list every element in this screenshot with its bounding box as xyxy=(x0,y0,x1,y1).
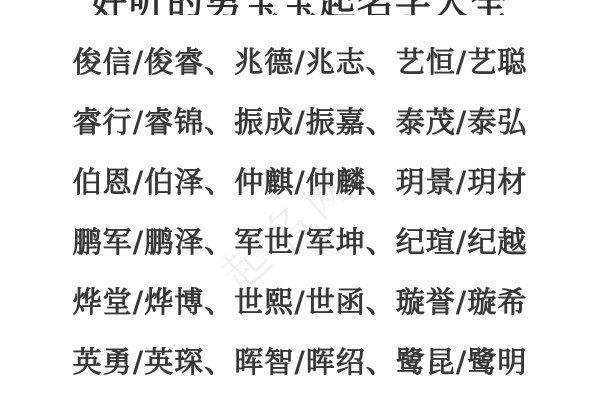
name-row: 俊信/俊睿、兆德/兆志、艺恒/艺聪 xyxy=(0,30,600,90)
name-list-page: 好听的男宝宝起名字大全 俊信/俊睿、兆德/兆志、艺恒/艺聪睿行/睿锦、振成/振嘉… xyxy=(0,0,600,400)
page-title-text: 好听的男宝宝起名字大全 xyxy=(91,0,509,15)
page-title: 好听的男宝宝起名字大全 xyxy=(0,0,600,15)
name-row: 烨堂/烨博、世熙/世函、璇誉/璇希 xyxy=(0,270,600,330)
name-row: 伯恩/伯泽、仲麒/仲麟、玥景/玥材 xyxy=(0,150,600,210)
name-row: 英勇/英琛、晖智/晖绍、鹭昆/鹭明 xyxy=(0,330,600,390)
name-row: 睿行/睿锦、振成/振嘉、泰茂/泰弘 xyxy=(0,90,600,150)
name-row: 鹏军/鹏泽、军世/军坤、纪瑄/纪越 xyxy=(0,210,600,270)
name-rows: 俊信/俊睿、兆德/兆志、艺恒/艺聪睿行/睿锦、振成/振嘉、泰茂/泰弘伯恩/伯泽、… xyxy=(0,30,600,390)
